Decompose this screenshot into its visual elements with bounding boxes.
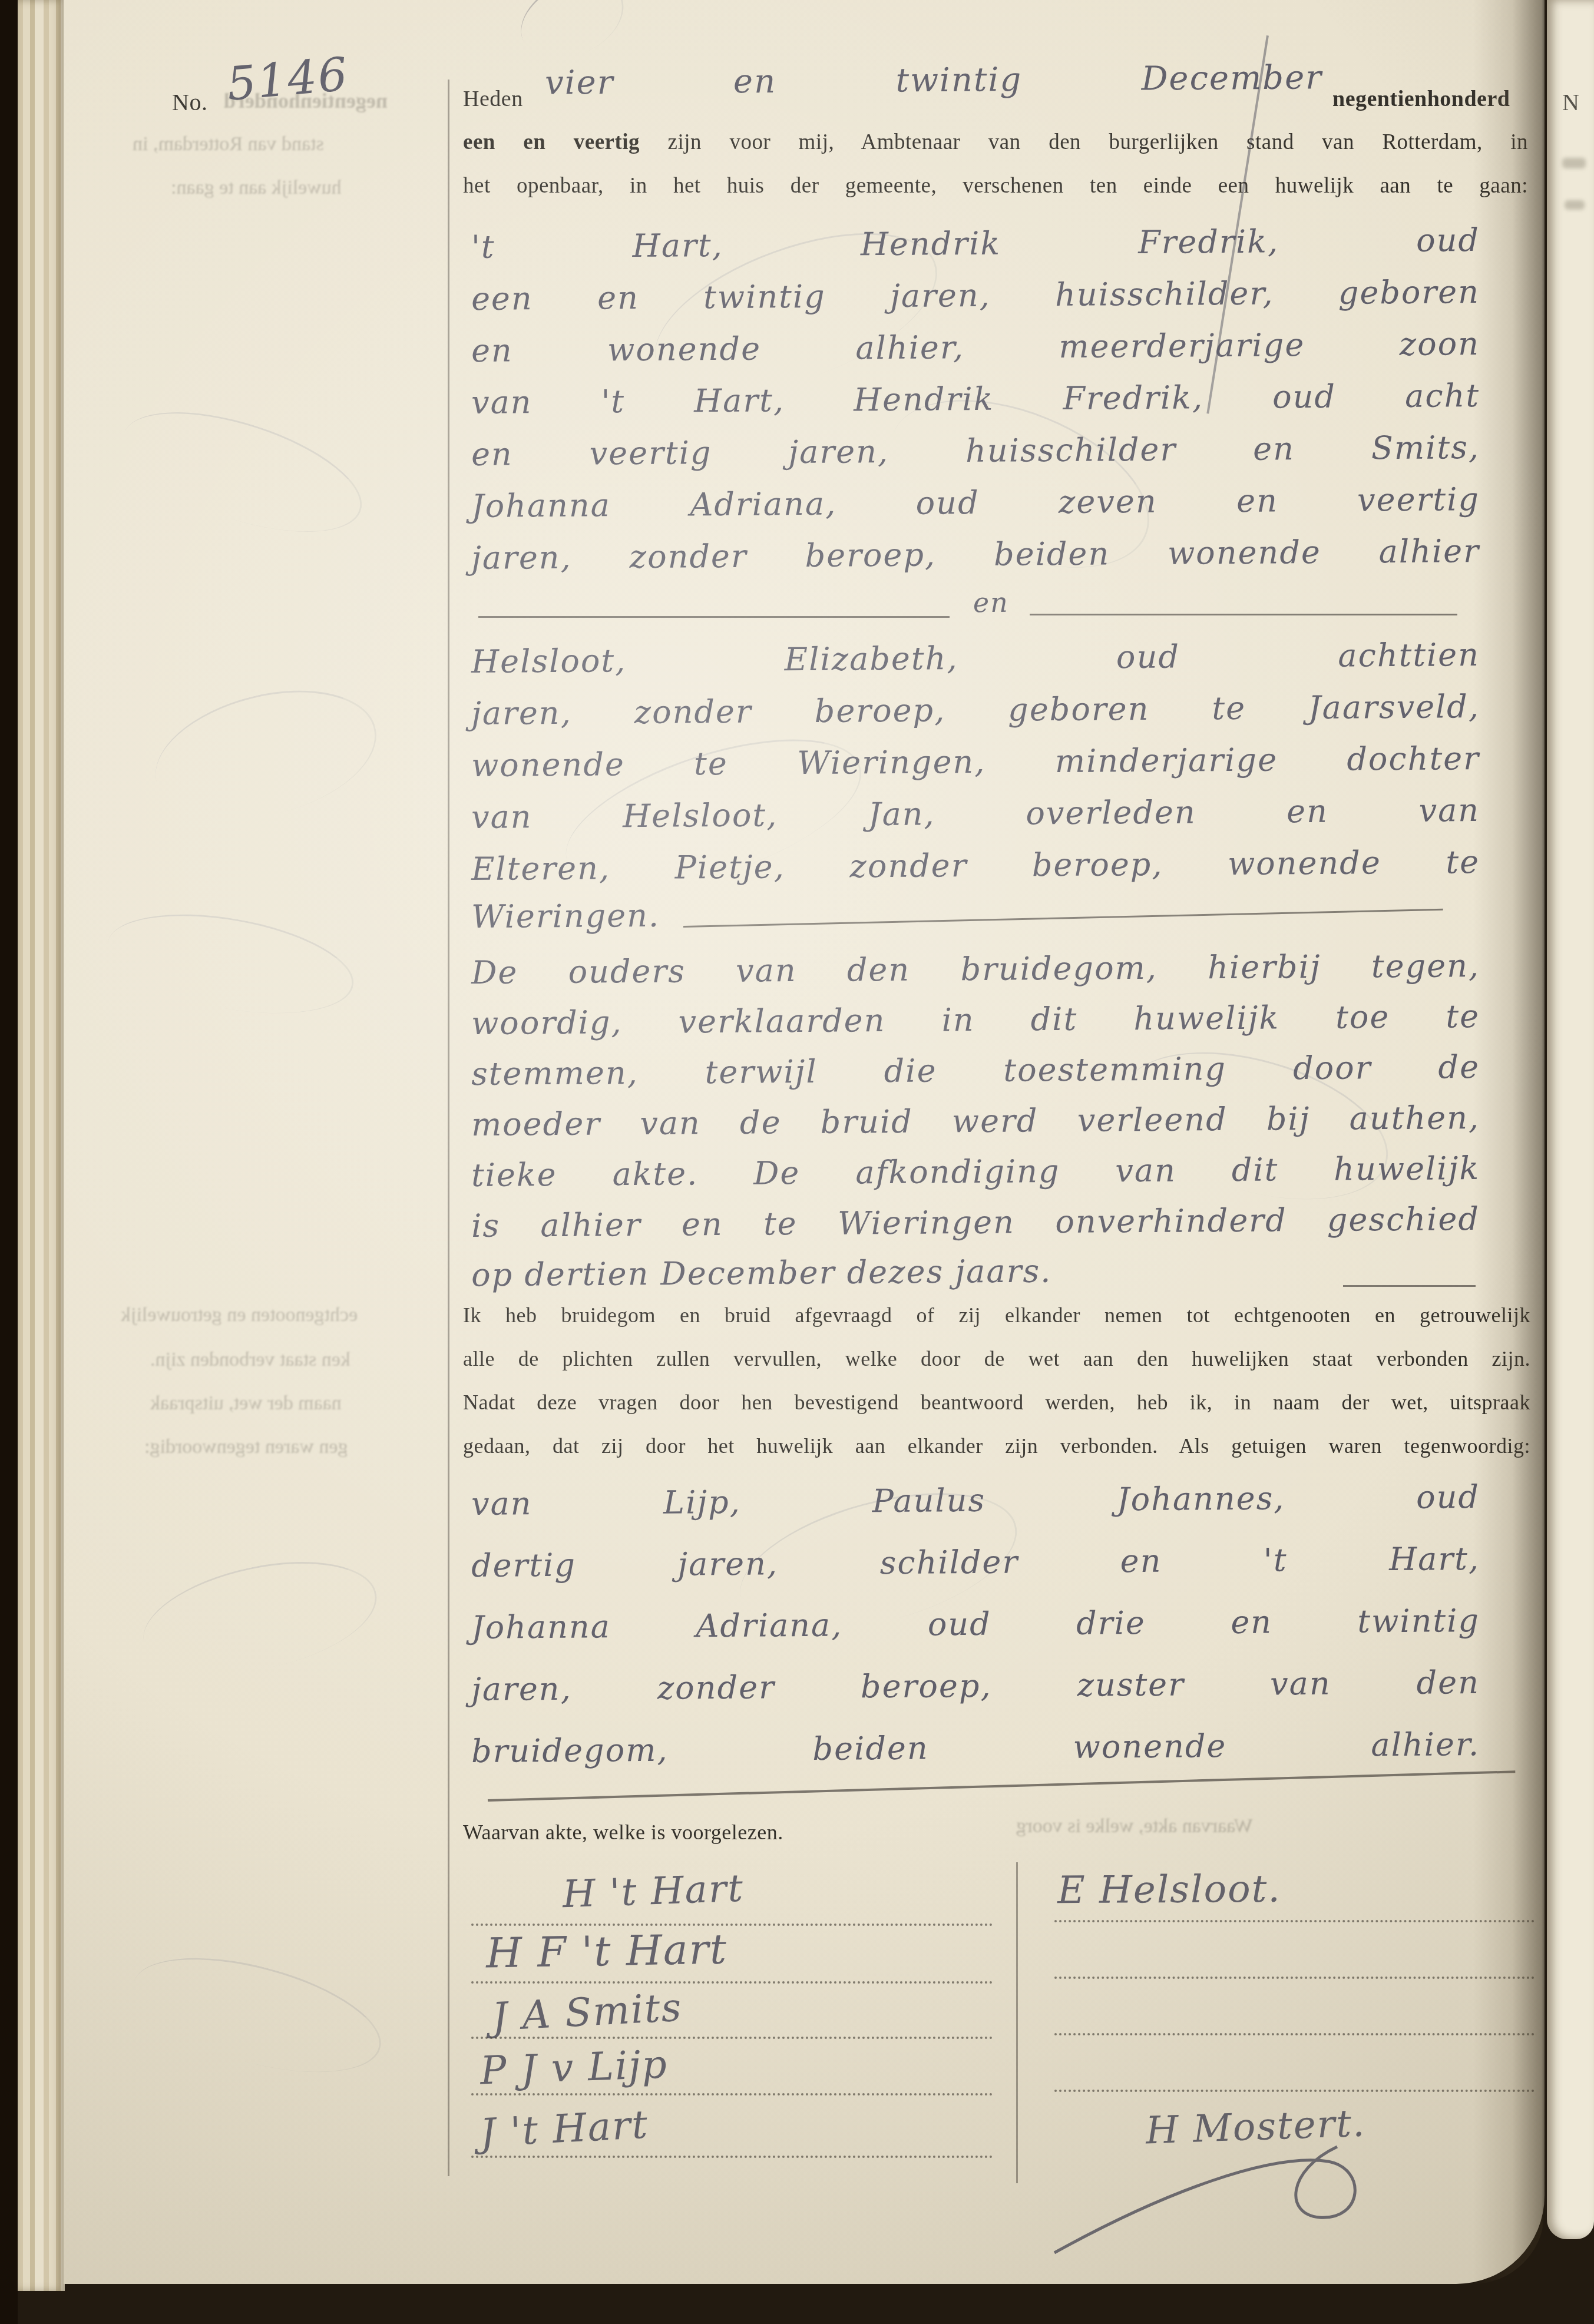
bleedthrough-text: gen waren tegenwoordig: <box>144 1436 348 1458</box>
next-page-text-fragment: N <box>1562 88 1579 116</box>
act-line-consent: De ouders van den bruidegom, hierbij teg… <box>471 947 1480 991</box>
act-line-groom: een en twintig jaren, huisschilder, gebo… <box>471 273 1480 317</box>
bleedthrough-text: Waarvan akte, welke is voorg <box>1016 1815 1253 1838</box>
signature-line <box>1054 1920 1535 1922</box>
page-stack-edges <box>18 0 65 2291</box>
handwritten-date: vier en twintig December <box>545 58 1322 102</box>
printed-declaration-line: alle de plichten zullen vervullen, welke… <box>463 1346 1530 1371</box>
signature-line <box>471 2093 993 2095</box>
next-page-sliver <box>1547 0 1594 2239</box>
record-number: 5146 <box>224 48 350 111</box>
act-line-groom: van 't Hart, Hendrik Fredrik, oud acht <box>471 377 1480 421</box>
printed-closing: Waarvan akte, welke is voorgelezen. <box>463 1820 783 1845</box>
next-page-smudge <box>1565 200 1585 210</box>
ink-rule <box>478 616 950 618</box>
bleedthrough-text: ken staat verbonden zijn. <box>150 1349 350 1371</box>
signature: P J v Lijp <box>479 2041 669 2093</box>
signature-line <box>1054 1977 1535 1979</box>
act-line-bride: wonende te Wieringen, minderjarige docht… <box>471 740 1480 784</box>
ink-rule <box>1343 1285 1476 1287</box>
signature-bride: E Helsloot. <box>1057 1868 1281 1913</box>
signature-line <box>1054 2090 1535 2092</box>
act-line-consent: moeder van de bruid werd verleend bij au… <box>471 1099 1480 1143</box>
act-line-bride: Elteren, Pietje, zonder beroep, wonende … <box>471 843 1480 888</box>
signature-line <box>471 1981 993 1984</box>
act-line-bride: Helsloot, Elizabeth, oud achttien <box>471 636 1480 680</box>
act-line-consent: woordig, verklaarden in dit huwelijk toe… <box>471 998 1480 1042</box>
signature-line <box>471 1924 993 1926</box>
act-line-bride: van Helsloot, Jan, overleden en van <box>471 792 1480 836</box>
act-line-witness: bruidegom, beiden wonende alhier. <box>471 1726 1480 1770</box>
signature-flourish <box>1037 2120 1414 2262</box>
act-line-groom: en wonende alhier, meerderjarige zoon <box>471 325 1480 369</box>
signature: H 't Hart <box>562 1867 745 1917</box>
bleedthrough-text: naam der wet, uitspraak <box>150 1392 342 1415</box>
act-line-consent: op dertien December dezes jaars. <box>471 1253 1052 1294</box>
act-line-consent: tieke akte. De afkondiging van dit huwel… <box>471 1150 1480 1194</box>
signature-line <box>471 2156 993 2158</box>
act-line-witness: jaren, zonder beroep, zuster van den <box>471 1664 1480 1708</box>
act-line-groom: Johanna Adriana, oud zeven en veertig <box>471 481 1480 525</box>
printed-declaration-line: gedaan, dat zij door het huwelijk aan el… <box>463 1434 1530 1458</box>
act-line-consent: stemmen, terwijl die toestemming door de <box>471 1048 1480 1093</box>
act-line-witness: dertig jaren, schilder en 't Hart, <box>471 1540 1480 1584</box>
printed-opening-line2-rest: zijn voor mij, Ambtenaar van den burgerl… <box>668 130 1529 154</box>
act-line-bride: jaren, zonder beroep, geboren te Jaarsve… <box>471 688 1480 732</box>
printed-opening-line2: een en veertig zijn voor mij, Ambtenaar … <box>463 130 1528 155</box>
bleedthrough-text: echtgenooten en getrouwelijk <box>121 1304 358 1326</box>
separator-en: en <box>973 587 1009 618</box>
act-line-witness: van Lijp, Paulus Johannes, oud <box>471 1478 1480 1522</box>
record-number-label: No. <box>172 88 207 116</box>
act-line-witness: Johanna Adriana, oud drie en twintig <box>471 1602 1480 1646</box>
act-line-groom: jaren, zonder beroep, beiden wonende alh… <box>471 532 1480 577</box>
ink-rule <box>1030 614 1457 615</box>
printed-declaration-line: Nadat deze vragen door hen bevestigend b… <box>463 1390 1530 1415</box>
printed-declaration-line: Ik heb bruidegom en bruid afgevraagd of … <box>463 1303 1530 1327</box>
bleedthrough-text: stand van Rotterdam, in <box>133 133 324 155</box>
act-line-consent: is alhier en te Wieringen onverhinderd g… <box>471 1200 1480 1244</box>
signature-column-rule <box>1016 1862 1018 2183</box>
printed-heden: Heden <box>463 86 523 112</box>
scanned-marriage-record: negentienhonderd stand van Rotterdam, in… <box>0 0 1594 2324</box>
printed-year-word2: een en veertig <box>463 130 640 154</box>
printed-opening-line3: het openbaar, in het huis der gemeente, … <box>463 173 1528 198</box>
act-line-bride: Wieringen. <box>471 897 660 935</box>
signature: H F 't Hart <box>485 1925 727 1977</box>
book-spine-edge <box>0 0 18 2324</box>
signature-line <box>471 2037 993 2039</box>
signature-line <box>1054 2033 1535 2035</box>
bleedthrough-text: huwelijk aan te gaan: <box>171 177 342 199</box>
act-line-groom: 't Hart, Hendrik Fredrik, oud <box>471 221 1480 266</box>
page-fold-shadow <box>1473 0 1545 2284</box>
column-rule <box>448 80 449 2176</box>
next-page-smudge <box>1562 158 1586 168</box>
act-line-groom: en veertig jaren, huisschilder en Smits, <box>471 429 1480 473</box>
signature: J 't Hart <box>479 2102 650 2156</box>
